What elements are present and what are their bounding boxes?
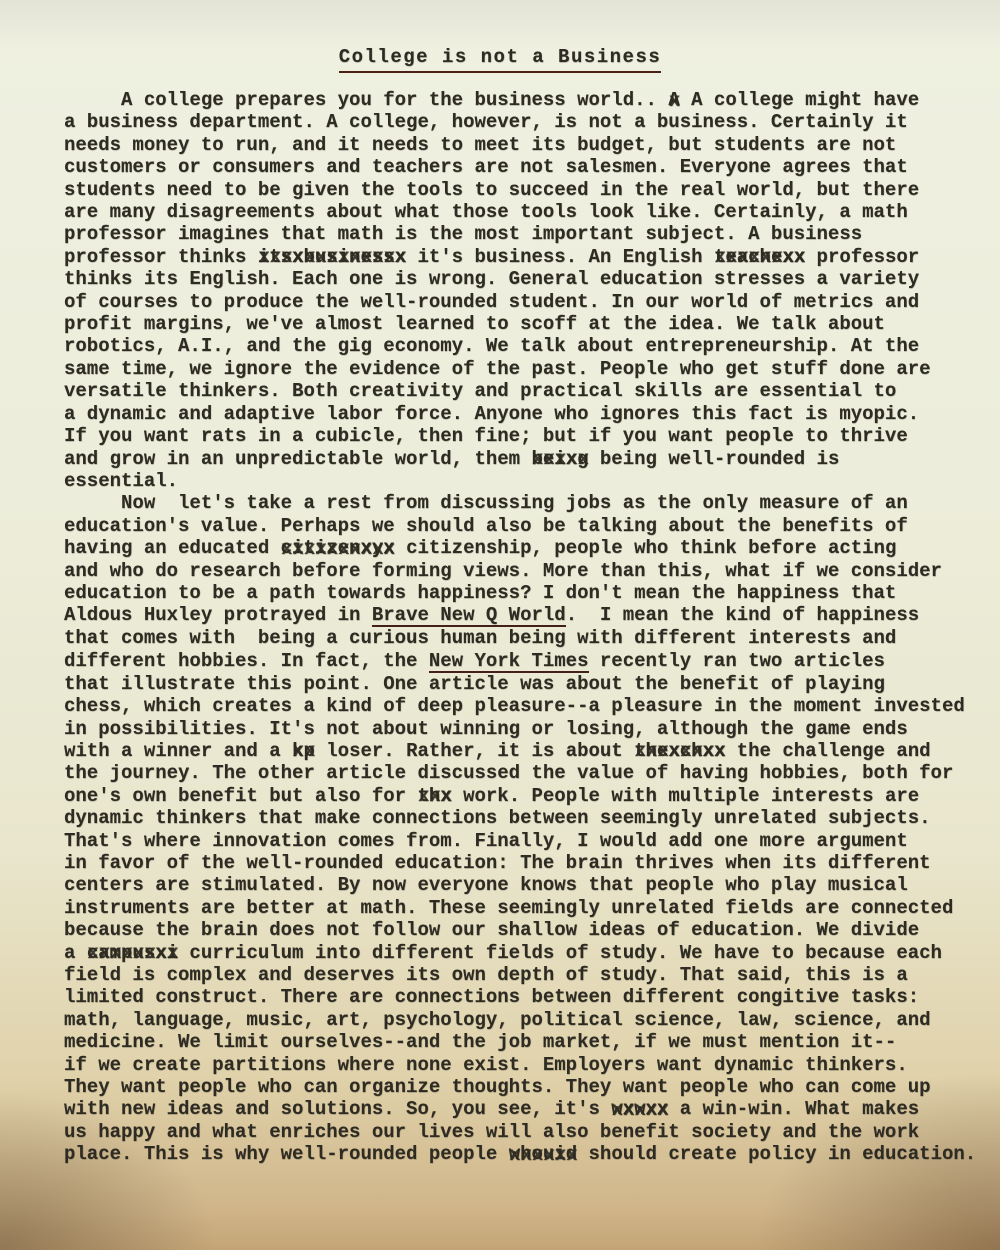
text-segment: They want people who can organize though… <box>64 1076 931 1098</box>
text-segment: professor thinks <box>64 246 258 268</box>
text-segment: education's value. Perhaps we should als… <box>64 515 908 537</box>
text-segment: a business department. A college, howeve… <box>64 111 908 133</box>
text-segment: a win-win. What makes <box>668 1098 919 1120</box>
text-line: a dynamic and adaptive labor force. Anyo… <box>64 403 990 425</box>
text-line: customers or consumers and teachers are … <box>64 156 990 178</box>
text-segment: versatile thinkers. Both creativity and … <box>64 380 896 402</box>
struck-text: kp <box>292 740 315 762</box>
text-segment: in favor of the well-rounded education: … <box>64 852 931 874</box>
text-segment: if we create partitions where none exist… <box>64 1054 908 1076</box>
text-line: and who do research before forming views… <box>64 560 990 582</box>
text-line: limited construct. There are connections… <box>64 986 990 1008</box>
struck-text: wxwxx <box>611 1098 668 1120</box>
text-line: professor imagines that math is the most… <box>64 223 990 245</box>
text-line: They want people who can organize though… <box>64 1076 990 1098</box>
text-segment: needs money to run, and it needs to meet… <box>64 134 896 156</box>
text-line: medicine. We limit ourselves--and the jo… <box>64 1031 990 1053</box>
text-line: with a winner and a kp loser. Rather, it… <box>64 740 990 762</box>
text-line: different hobbies. In fact, the New York… <box>64 650 990 673</box>
text-line: if we create partitions where none exist… <box>64 1054 990 1076</box>
underlined-text: New York Times <box>429 652 589 673</box>
text-segment: are many disagreements about what those … <box>64 201 908 223</box>
text-line: chess, which creates a kind of deep plea… <box>64 695 990 717</box>
text-segment: the journey. The other article discussed… <box>64 762 953 784</box>
text-segment: the challenge and <box>725 740 930 762</box>
text-line: are many disagreements about what those … <box>64 201 990 223</box>
text-line: that comes with being a curious human be… <box>64 627 990 649</box>
text-segment: professor <box>805 246 919 268</box>
text-line: essential. <box>64 470 990 492</box>
text-line: the journey. The other article discussed… <box>64 762 990 784</box>
text-line: in possibilities. It's not about winning… <box>64 718 990 740</box>
text-line: having an educated citizenxyx citizenshi… <box>64 537 990 559</box>
text-line: Now let's take a rest from discussing jo… <box>64 492 990 514</box>
document-body: A college prepares you for the business … <box>0 89 1000 1166</box>
text-line: If you want rats in a cubicle, then fine… <box>64 425 990 447</box>
text-segment: a <box>64 942 87 964</box>
struck-text: thexchxx <box>634 740 725 762</box>
text-line: of courses to produce the well-rounded s… <box>64 291 990 313</box>
text-line: That's where innovation comes from. Fina… <box>64 830 990 852</box>
text-segment: limited construct. There are connections… <box>64 986 919 1008</box>
struck-text: A <box>668 89 679 111</box>
text-segment: recently ran two articles <box>589 650 885 672</box>
text-segment: with new ideas and solutions. So, you se… <box>64 1098 611 1120</box>
struck-text: beixg <box>531 448 588 470</box>
struck-text: itsxbusinessx <box>258 246 406 268</box>
text-line: math, language, music, art, psychology, … <box>64 1009 990 1031</box>
text-line: that illustrate this point. One article … <box>64 673 990 695</box>
text-segment: math, language, music, art, psychology, … <box>64 1009 931 1031</box>
text-line: A college prepares you for the business … <box>64 89 990 111</box>
text-line: profit margins, we've almost learned to … <box>64 313 990 335</box>
text-line: place. This is why well-rounded people w… <box>64 1143 990 1165</box>
text-segment: robotics, A.I., and the gig economy. We … <box>64 335 919 357</box>
text-segment: thinks its English. Each one is wrong. G… <box>64 268 919 290</box>
text-segment: a dynamic and adaptive labor force. Anyo… <box>64 403 919 425</box>
text-segment: Aldous Huxley protrayed in <box>64 604 372 626</box>
text-segment: That's where innovation comes from. Fina… <box>64 830 908 852</box>
text-segment: that illustrate this point. One article … <box>64 673 885 695</box>
text-line: in favor of the well-rounded education: … <box>64 852 990 874</box>
document-page: College is not a Business A college prep… <box>0 0 1000 1250</box>
text-line: with new ideas and solutions. So, you se… <box>64 1098 990 1120</box>
text-line: one's own benefit but also for thx work.… <box>64 785 990 807</box>
text-segment: having an educated <box>64 537 281 559</box>
text-segment: . I mean the kind of happiness <box>566 604 919 626</box>
text-segment: curriculum into different fields of stud… <box>178 942 942 964</box>
document-title: College is not a Business <box>339 46 662 73</box>
text-segment: essential. <box>64 470 178 492</box>
text-line: us happy and what enriches our lives wil… <box>64 1121 990 1143</box>
text-line: professor thinks itsxbusinessx it's busi… <box>64 246 990 268</box>
text-segment: loser. Rather, it is about <box>315 740 634 762</box>
paragraph: A college prepares you for the business … <box>64 89 990 492</box>
text-line: centers are stimulated. By now everyone … <box>64 874 990 896</box>
text-line: education's value. Perhaps we should als… <box>64 515 990 537</box>
text-segment: because the brain does not follow our sh… <box>64 919 919 941</box>
text-segment: different hobbies. In fact, the <box>64 650 429 672</box>
text-segment: one's own benefit but also for <box>64 785 417 807</box>
text-line: a campusxi curriculum into different fie… <box>64 942 990 964</box>
text-segment: in possibilities. It's not about winning… <box>64 718 908 740</box>
text-line: because the brain does not follow our sh… <box>64 919 990 941</box>
text-line: needs money to run, and it needs to meet… <box>64 134 990 156</box>
text-line: dynamic thinkers that make connections b… <box>64 807 990 829</box>
text-segment: instruments are better at math. These se… <box>64 897 953 919</box>
text-segment: medicine. We limit ourselves--and the jo… <box>64 1031 896 1053</box>
text-segment: us happy and what enriches our lives wil… <box>64 1121 919 1143</box>
struck-text: campusxi <box>87 942 178 964</box>
text-segment: dynamic thinkers that make connections b… <box>64 807 931 829</box>
text-segment: and who do research before forming views… <box>64 560 942 582</box>
text-segment: chess, which creates a kind of deep plea… <box>64 695 965 717</box>
text-segment: professor imagines that math is the most… <box>64 223 862 245</box>
struck-text: citizenxyx <box>281 537 395 559</box>
text-segment: place. This is why well-rounded people <box>64 1143 509 1165</box>
text-segment: field is complex and deserves its own de… <box>64 964 908 986</box>
text-line: students need to be given the tools to s… <box>64 179 990 201</box>
struck-text: thx <box>417 785 451 807</box>
text-segment: with a winner and a <box>64 740 292 762</box>
text-line: field is complex and deserves its own de… <box>64 964 990 986</box>
text-line: thinks its English. Each one is wrong. G… <box>64 268 990 290</box>
title-row: College is not a Business <box>0 0 1000 73</box>
text-segment: same time, we ignore the evidence of the… <box>64 358 931 380</box>
text-line: robotics, A.I., and the gig economy. We … <box>64 335 990 357</box>
text-segment: of courses to produce the well-rounded s… <box>64 291 919 313</box>
text-line: instruments are better at math. These se… <box>64 897 990 919</box>
text-segment: A college might have <box>680 89 919 111</box>
text-line: versatile thinkers. Both creativity and … <box>64 380 990 402</box>
struck-text: whouid <box>509 1143 577 1165</box>
paragraph: Now let's take a rest from discussing jo… <box>64 492 990 1165</box>
text-segment: customers or consumers and teachers are … <box>64 156 908 178</box>
text-segment: centers are stimulated. By now everyone … <box>64 874 908 896</box>
text-segment: that comes with being a curious human be… <box>64 627 896 649</box>
text-segment: profit margins, we've almost learned to … <box>64 313 885 335</box>
text-segment: If you want rats in a cubicle, then fine… <box>64 425 908 447</box>
text-segment: citizenship, people who think before act… <box>395 537 897 559</box>
text-line: and grow in an unpredictable world, them… <box>64 448 990 470</box>
struck-text: teachexx <box>714 246 805 268</box>
text-segment: it's business. An English <box>406 246 714 268</box>
text-segment: work. People with multiple interests are <box>452 785 919 807</box>
text-line: education to be a path towards happiness… <box>64 582 990 604</box>
text-line: same time, we ignore the evidence of the… <box>64 358 990 380</box>
text-line: a business department. A college, howeve… <box>64 111 990 133</box>
text-line: Aldous Huxley protrayed in Brave New Q W… <box>64 604 990 627</box>
text-segment: should create policy in education. <box>577 1143 976 1165</box>
underlined-text: Brave New Q World <box>372 606 566 627</box>
text-segment: education to be a path towards happiness… <box>64 582 896 604</box>
text-segment: and grow in an unpredictable world, them <box>64 448 531 470</box>
text-segment: students need to be given the tools to s… <box>64 179 919 201</box>
text-segment: Now let's take a rest from discussing jo… <box>64 492 908 514</box>
text-segment: being well-rounded is <box>589 448 840 470</box>
text-segment: A college prepares you for the business … <box>64 89 668 111</box>
